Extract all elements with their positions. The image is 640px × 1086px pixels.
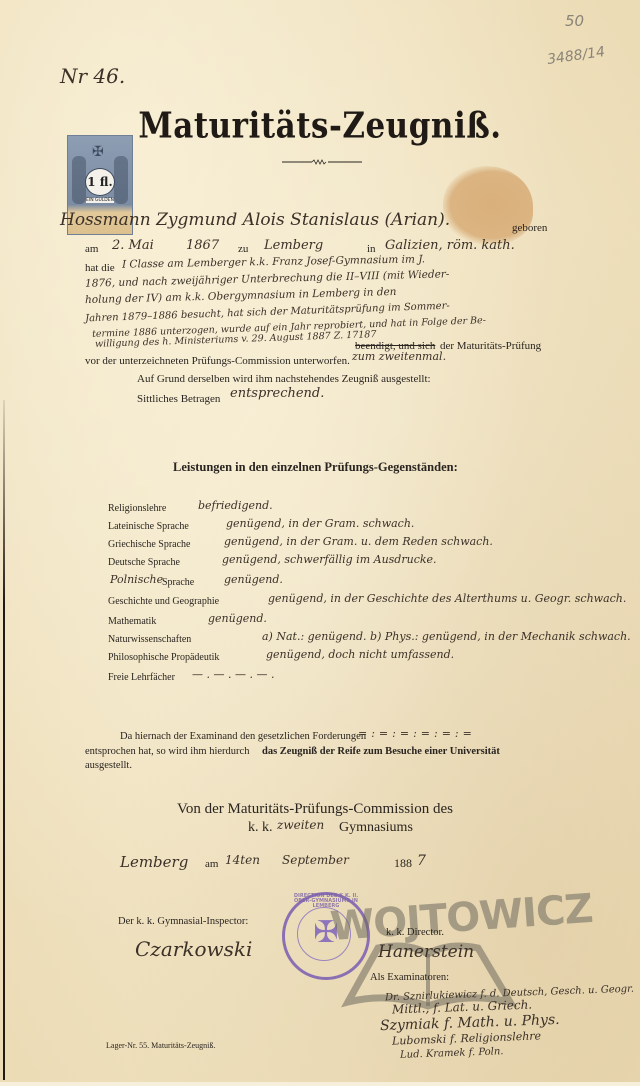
place-prefix: zu: [238, 243, 248, 255]
subject-grade: genügend, in der Geschichte des Alterthu…: [268, 592, 626, 605]
footer-stock-number: Lager-Nr. 55. Maturitäts-Zeugniß.: [106, 1041, 215, 1050]
subject-label: Sprache: [162, 577, 194, 588]
eagle-icon: ✠: [92, 144, 104, 160]
intro-printed-tail: der Maturitäts-Prüfung: [440, 340, 541, 352]
student-name: Hossmann Zygmund Alois Stanislaus (Arian…: [60, 210, 450, 230]
intro-line2-printed: vor der unterzeichneten Prüfungs-Commiss…: [85, 355, 350, 367]
subject-grade: genügend, doch nicht umfassend.: [266, 648, 454, 661]
intro-line2-hand: zum zweitenmal.: [352, 350, 446, 363]
date-year-prefix: 188: [394, 856, 412, 871]
document-number: Nr 46.: [60, 64, 125, 88]
subject-label-handwritten: Polnische: [110, 573, 163, 586]
date-place: Lemberg: [120, 853, 188, 871]
stamp-figure: [72, 156, 86, 204]
commission-line-2-suffix: Gymnasiums: [339, 820, 413, 836]
subject-grade: genügend, in der Gram. schwach.: [226, 517, 414, 530]
subject-label: Religionslehre: [108, 503, 166, 514]
subject-grade: genügend, in der Gram. u. dem Reden schw…: [224, 535, 493, 548]
conclusion-fill: =:=:=:=:=:=: [358, 727, 476, 740]
conduct-value: entsprechend.: [230, 386, 324, 401]
subject-grade: genügend.: [224, 573, 283, 586]
birth-year: 1867: [186, 238, 219, 253]
birth-place: Lemberg: [264, 238, 323, 253]
subject-grade: genügend.: [208, 612, 267, 625]
grounds-text: Auf Grund derselben wird ihm nachstehend…: [137, 373, 431, 385]
stamp-denomination: EIN GULDEN: [86, 198, 114, 203]
subject-grade: befriedigend.: [198, 499, 273, 512]
subject-label: Deutsche Sprache: [108, 557, 180, 568]
scan-bottom-edge: [0, 1082, 640, 1086]
conclusion-line-2-prefix: entsprochen hat, so wird ihm hierdurch: [85, 746, 249, 757]
subjects-heading: Leistungen in den einzelnen Prüfungs-Geg…: [173, 460, 458, 475]
title-ornament: [282, 159, 362, 165]
subject-grade: genügend, schwerfällig im Ausdrucke.: [222, 553, 437, 566]
commission-line-2-prefix: k. k.: [248, 820, 273, 836]
conclusion-line-3: ausgestellt.: [85, 760, 132, 771]
commission-line-1: Von der Maturitäts-Prüfungs-Commission d…: [177, 801, 453, 818]
birth-region: Galizien, röm. kath.: [385, 238, 515, 253]
date-month: September: [282, 853, 349, 867]
subject-label: Philosophische Propädeutik: [108, 652, 219, 663]
date-year-hand: 7: [417, 853, 426, 869]
conclusion-line-2-bold: das Zeugniß der Reife zum Besuche einer …: [262, 746, 500, 757]
subject-label: Geschichte und Geographie: [108, 596, 219, 607]
birth-date: 2. Mai: [112, 238, 154, 253]
born-label: geboren: [512, 222, 547, 234]
commission-school: zweiten: [277, 818, 324, 832]
stamp-value: 1 fl.: [85, 168, 115, 196]
region-prefix: in: [367, 243, 376, 255]
conduct-label: Sittliches Betragen: [137, 393, 220, 405]
archive-mark-1: 50: [565, 12, 584, 30]
scan-edge: [3, 400, 5, 1080]
stamp-figure: [114, 156, 128, 204]
conclusion-line-1: Da hiernach der Examinand den gesetzlich…: [120, 731, 366, 742]
subject-grade: — . — . — . — .: [192, 668, 274, 681]
subject-label: Naturwissenschaften: [108, 634, 191, 645]
date-day: 14ten: [225, 853, 260, 867]
inspector-signature: Czarkowski: [135, 937, 252, 961]
subject-label: Freie Lehrfächer: [108, 672, 175, 683]
date-am: am: [205, 858, 218, 870]
subject-label: Mathematik: [108, 616, 156, 627]
examiners-label: Als Examinatoren:: [370, 972, 449, 983]
subject-label: Griechische Sprache: [108, 539, 190, 550]
subject-label: Lateinische Sprache: [108, 521, 189, 532]
inspector-label: Der k. k. Gymnasial-Inspector:: [118, 916, 248, 927]
intro-label: hat die: [85, 262, 115, 274]
director-label: k. k. Director.: [386, 927, 444, 938]
date-prefix: am: [85, 243, 98, 255]
subject-grade: a) Nat.: genügend. b) Phys.: genügend, i…: [262, 630, 631, 643]
director-signature: Hanerstein: [378, 942, 474, 962]
